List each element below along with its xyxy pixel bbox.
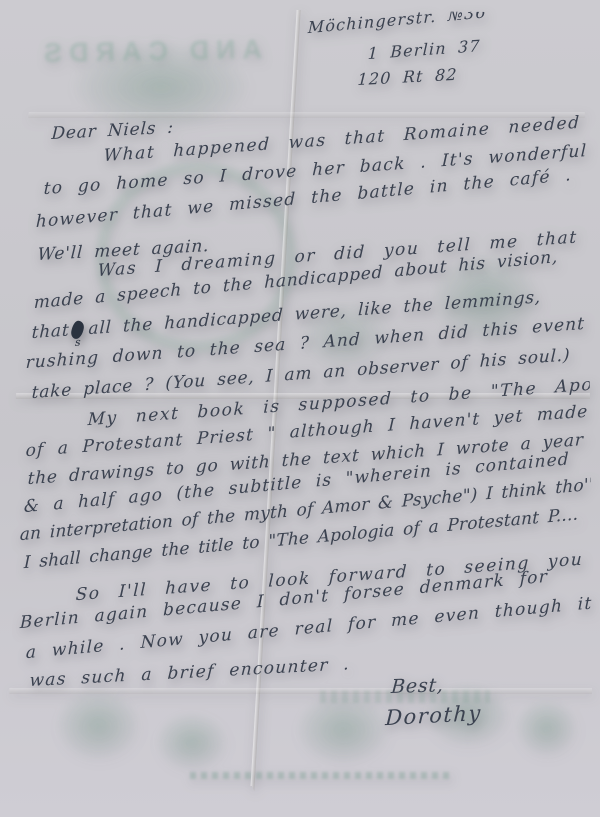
- closing: Best,: [390, 674, 444, 698]
- salutation: Dear Niels :: [51, 118, 175, 145]
- correction-group: s: [69, 319, 89, 340]
- show-through-patch: [515, 698, 577, 756]
- correction-letter: s: [75, 336, 82, 350]
- show-through-patch: [155, 712, 227, 770]
- show-through-mirrored-text: AND CARDS: [52, 34, 263, 69]
- signature: Dorothy: [385, 701, 483, 730]
- horizontal-fold-crease: [8, 688, 592, 694]
- paper-wrapper: AND CARDS Möchingerstr. №36 1 Berlin 37 …: [0, 0, 600, 817]
- show-through-print-line: [190, 772, 450, 779]
- letter-line-text: that: [31, 320, 70, 343]
- letter-line: was such a brief encounter .: [29, 654, 351, 691]
- show-through-patch: [55, 688, 140, 760]
- address-line: 120 Rt 82: [357, 65, 458, 89]
- address-line: Möchingerstr. №36: [308, 2, 487, 37]
- photo-of-letter: AND CARDS Möchingerstr. №36 1 Berlin 37 …: [0, 0, 600, 817]
- address-line: 1 Berlin 37: [367, 36, 481, 63]
- letter-paper: AND CARDS Möchingerstr. №36 1 Berlin 37 …: [0, 0, 600, 817]
